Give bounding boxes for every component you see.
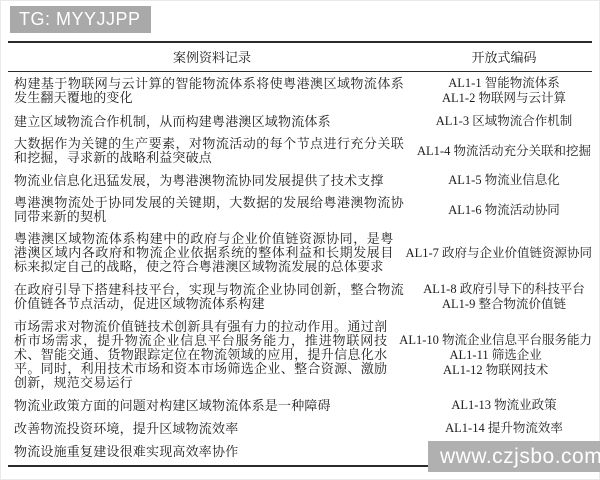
case-record-text: 物流业政策方面的问题对构建区域物流体系是一种障碍 (8, 399, 416, 413)
table-row: 在政府引导下搭建科技平台，实现与物流企业协同创新，整合物流价值链各节点活动，促进… (8, 278, 592, 316)
table-header-row: 案例资料记录 开放式编码 (8, 41, 592, 72)
open-coding-entry: AL1-9 整合物流价值链 (416, 297, 592, 312)
open-coding-cell: AL1-8 政府引导下的科技平台AL1-9 整合物流价值链 (416, 282, 592, 312)
open-coding-cell: AL1-3 区域物流合作机制 (416, 114, 592, 129)
column-header-case-records: 案例资料记录 (8, 47, 416, 66)
open-coding-cell: AL1-14 提升物流效率 (416, 421, 592, 436)
open-coding-cell: AL1-1 智能物流体系AL1-2 物联网与云计算 (416, 76, 592, 106)
case-record-text: 粤港澳物流处于协同发展的关键期，大数据的发展给粤港澳物流协同带来新的契机 (8, 196, 416, 224)
open-coding-cell: AL1-13 物流业政策 (416, 398, 592, 413)
tag-label-box: TG: MYYJJPP (10, 6, 151, 33)
open-coding-entry: AL1-14 提升物流效率 (416, 421, 592, 436)
open-coding-entry: AL1-7 政府与企业价值链资源协同 (406, 246, 592, 261)
case-record-text: 构建基于物联网与云计算的智能物流体系将使粤港澳区域物流体系发生翻天覆地的变化 (8, 77, 416, 105)
case-record-text: 建立区域物流合作机制，从而构建粤港澳区域物流体系 (8, 115, 416, 129)
open-coding-entry: AL1-12 物联网技术 (399, 363, 592, 378)
open-coding-entry: AL1-11 筛选企业 (399, 348, 592, 363)
case-record-text: 在政府引导下搭建科技平台，实现与物流企业协同创新，整合物流价值链各节点活动，促进… (8, 283, 416, 311)
case-record-text: 物流业信息化迅猛发展，为粤港澳物流协同发展提供了技术支撑 (8, 174, 416, 188)
open-coding-entry: AL1-8 政府引导下的科技平台 (416, 282, 592, 297)
table-row: 物流业信息化迅猛发展，为粤港澳物流协同发展提供了技术支撑AL1-5 物流业信息化 (8, 169, 592, 192)
table-row: 构建基于物联网与云计算的智能物流体系将使粤港澳区域物流体系发生翻天覆地的变化AL… (8, 72, 592, 110)
table-row: 改善物流投资环境，提升区域物流效率AL1-14 提升物流效率 (8, 417, 592, 440)
coding-table: 案例资料记录 开放式编码 构建基于物联网与云计算的智能物流体系将使粤港澳区域物流… (8, 41, 592, 467)
open-coding-entry: AL1-3 区域物流合作机制 (416, 114, 592, 129)
case-record-text: 粤港澳区域物流体系构建中的政府与企业价值链资源协同，是粤港澳区域内各政府和物流企… (8, 232, 406, 274)
table-row: 市场需求对物流价值链技术创新具有强有力的拉动作用。通过剖析市场需求，提升物流企业… (8, 316, 592, 394)
column-header-open-coding: 开放式编码 (416, 47, 592, 66)
open-coding-entry: AL1-2 物联网与云计算 (416, 91, 592, 106)
open-coding-entry: AL1-4 物流活动充分关联和挖掘 (416, 144, 592, 159)
document-page: TG: MYYJJPP 案例资料记录 开放式编码 构建基于物联网与云计算的智能物… (0, 0, 600, 480)
open-coding-cell: AL1-6 物流活动协同 (416, 203, 592, 218)
table-row: 大数据作为关键的生产要素，对物流活动的每个节点进行充分关联和挖掘，寻求新的战略利… (8, 133, 592, 169)
open-coding-entry: AL1-5 物流业信息化 (416, 173, 592, 188)
table-row: 建立区域物流合作机制，从而构建粤港澳区域物流体系AL1-3 区域物流合作机制 (8, 110, 592, 133)
case-record-text: 大数据作为关键的生产要素，对物流活动的每个节点进行充分关联和挖掘，寻求新的战略利… (8, 137, 416, 165)
table-row: 粤港澳区域物流体系构建中的政府与企业价值链资源协同，是粤港澳区域内各政府和物流企… (8, 228, 592, 278)
open-coding-entry: AL1-1 智能物流体系 (416, 76, 592, 91)
open-coding-cell: AL1-7 政府与企业价值链资源协同 (406, 246, 592, 261)
open-coding-cell: AL1-4 物流活动充分关联和挖掘 (416, 144, 592, 159)
table-row: 粤港澳物流处于协同发展的关键期，大数据的发展给粤港澳物流协同带来新的契机AL1-… (8, 192, 592, 228)
case-record-text: 市场需求对物流价值链技术创新具有强有力的拉动作用。通过剖析市场需求，提升物流企业… (8, 320, 399, 390)
watermark-site-url: www.czjsbo.com (428, 441, 600, 472)
open-coding-cell: AL1-5 物流业信息化 (416, 173, 592, 188)
open-coding-cell: AL1-10 物流企业信息平台服务能力AL1-11 筛选企业AL1-12 物联网… (399, 333, 592, 378)
open-coding-entry: AL1-6 物流活动协同 (416, 203, 592, 218)
table-row: 物流业政策方面的问题对构建区域物流体系是一种障碍AL1-13 物流业政策 (8, 394, 592, 417)
case-record-text: 物流设施重复建设很难实现高效率协作 (8, 445, 416, 459)
case-record-text: 改善物流投资环境，提升区域物流效率 (8, 422, 416, 436)
open-coding-entry: AL1-10 物流企业信息平台服务能力 (399, 333, 592, 348)
table-body: 构建基于物联网与云计算的智能物流体系将使粤港澳区域物流体系发生翻天覆地的变化AL… (8, 72, 592, 467)
open-coding-entry: AL1-13 物流业政策 (416, 398, 592, 413)
